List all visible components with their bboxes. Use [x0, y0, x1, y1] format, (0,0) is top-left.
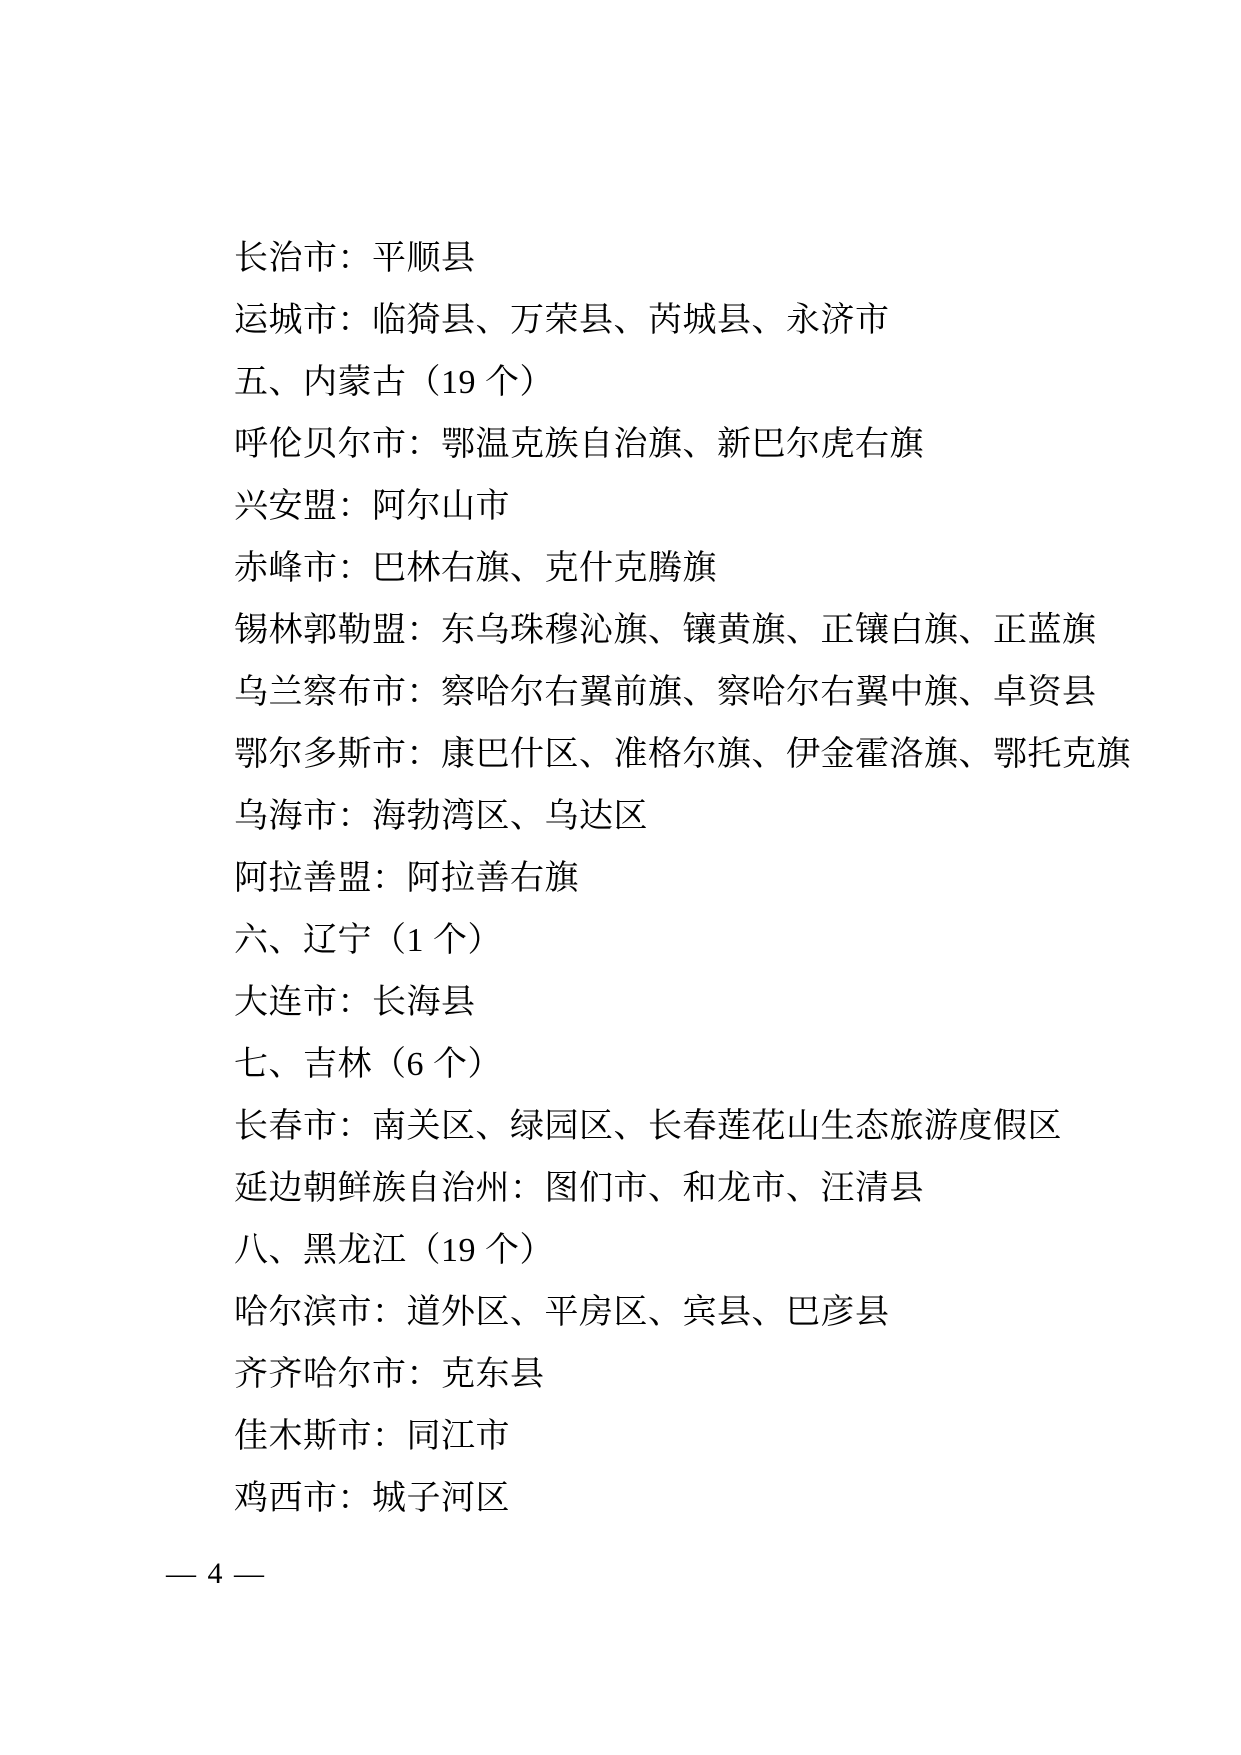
list-entry: 乌兰察布市：察哈尔右翼前旗、察哈尔右翼中旗、卓资县 — [234, 662, 1194, 724]
list-entry: 鄂尔多斯市：康巴什区、准格尔旗、伊金霍洛旗、鄂托克旗 — [234, 724, 1194, 786]
list-entry: 佳木斯市：同江市 — [234, 1406, 1194, 1468]
list-entry: 哈尔滨市：道外区、平房区、宾县、巴彦县 — [234, 1282, 1194, 1344]
list-entry: 延边朝鲜族自治州：图们市、和龙市、汪清县 — [234, 1158, 1194, 1220]
document-page: 长治市：平顺县 运城市：临猗县、万荣县、芮城县、永济市 五、内蒙古（19 个） … — [0, 0, 1241, 1755]
section-heading: 八、黑龙江（19 个） — [234, 1220, 1194, 1282]
page-number: — 4 — — [166, 1556, 266, 1592]
list-entry: 齐齐哈尔市：克东县 — [234, 1344, 1194, 1406]
list-entry: 乌海市：海勃湾区、乌达区 — [234, 786, 1194, 848]
document-body: 长治市：平顺县 运城市：临猗县、万荣县、芮城县、永济市 五、内蒙古（19 个） … — [234, 228, 1194, 1530]
section-heading: 六、辽宁（1 个） — [234, 910, 1194, 972]
list-entry: 长春市：南关区、绿园区、长春莲花山生态旅游度假区 — [234, 1096, 1194, 1158]
list-entry: 运城市：临猗县、万荣县、芮城县、永济市 — [234, 290, 1194, 352]
list-entry: 鸡西市：城子河区 — [234, 1468, 1194, 1530]
list-entry: 大连市：长海县 — [234, 972, 1194, 1034]
list-entry: 赤峰市：巴林右旗、克什克腾旗 — [234, 538, 1194, 600]
list-entry: 呼伦贝尔市：鄂温克族自治旗、新巴尔虎右旗 — [234, 414, 1194, 476]
section-heading: 五、内蒙古（19 个） — [234, 352, 1194, 414]
list-entry: 阿拉善盟：阿拉善右旗 — [234, 848, 1194, 910]
list-entry: 长治市：平顺县 — [234, 228, 1194, 290]
list-entry: 锡林郭勒盟：东乌珠穆沁旗、镶黄旗、正镶白旗、正蓝旗 — [234, 600, 1194, 662]
section-heading: 七、吉林（6 个） — [234, 1034, 1194, 1096]
list-entry: 兴安盟：阿尔山市 — [234, 476, 1194, 538]
